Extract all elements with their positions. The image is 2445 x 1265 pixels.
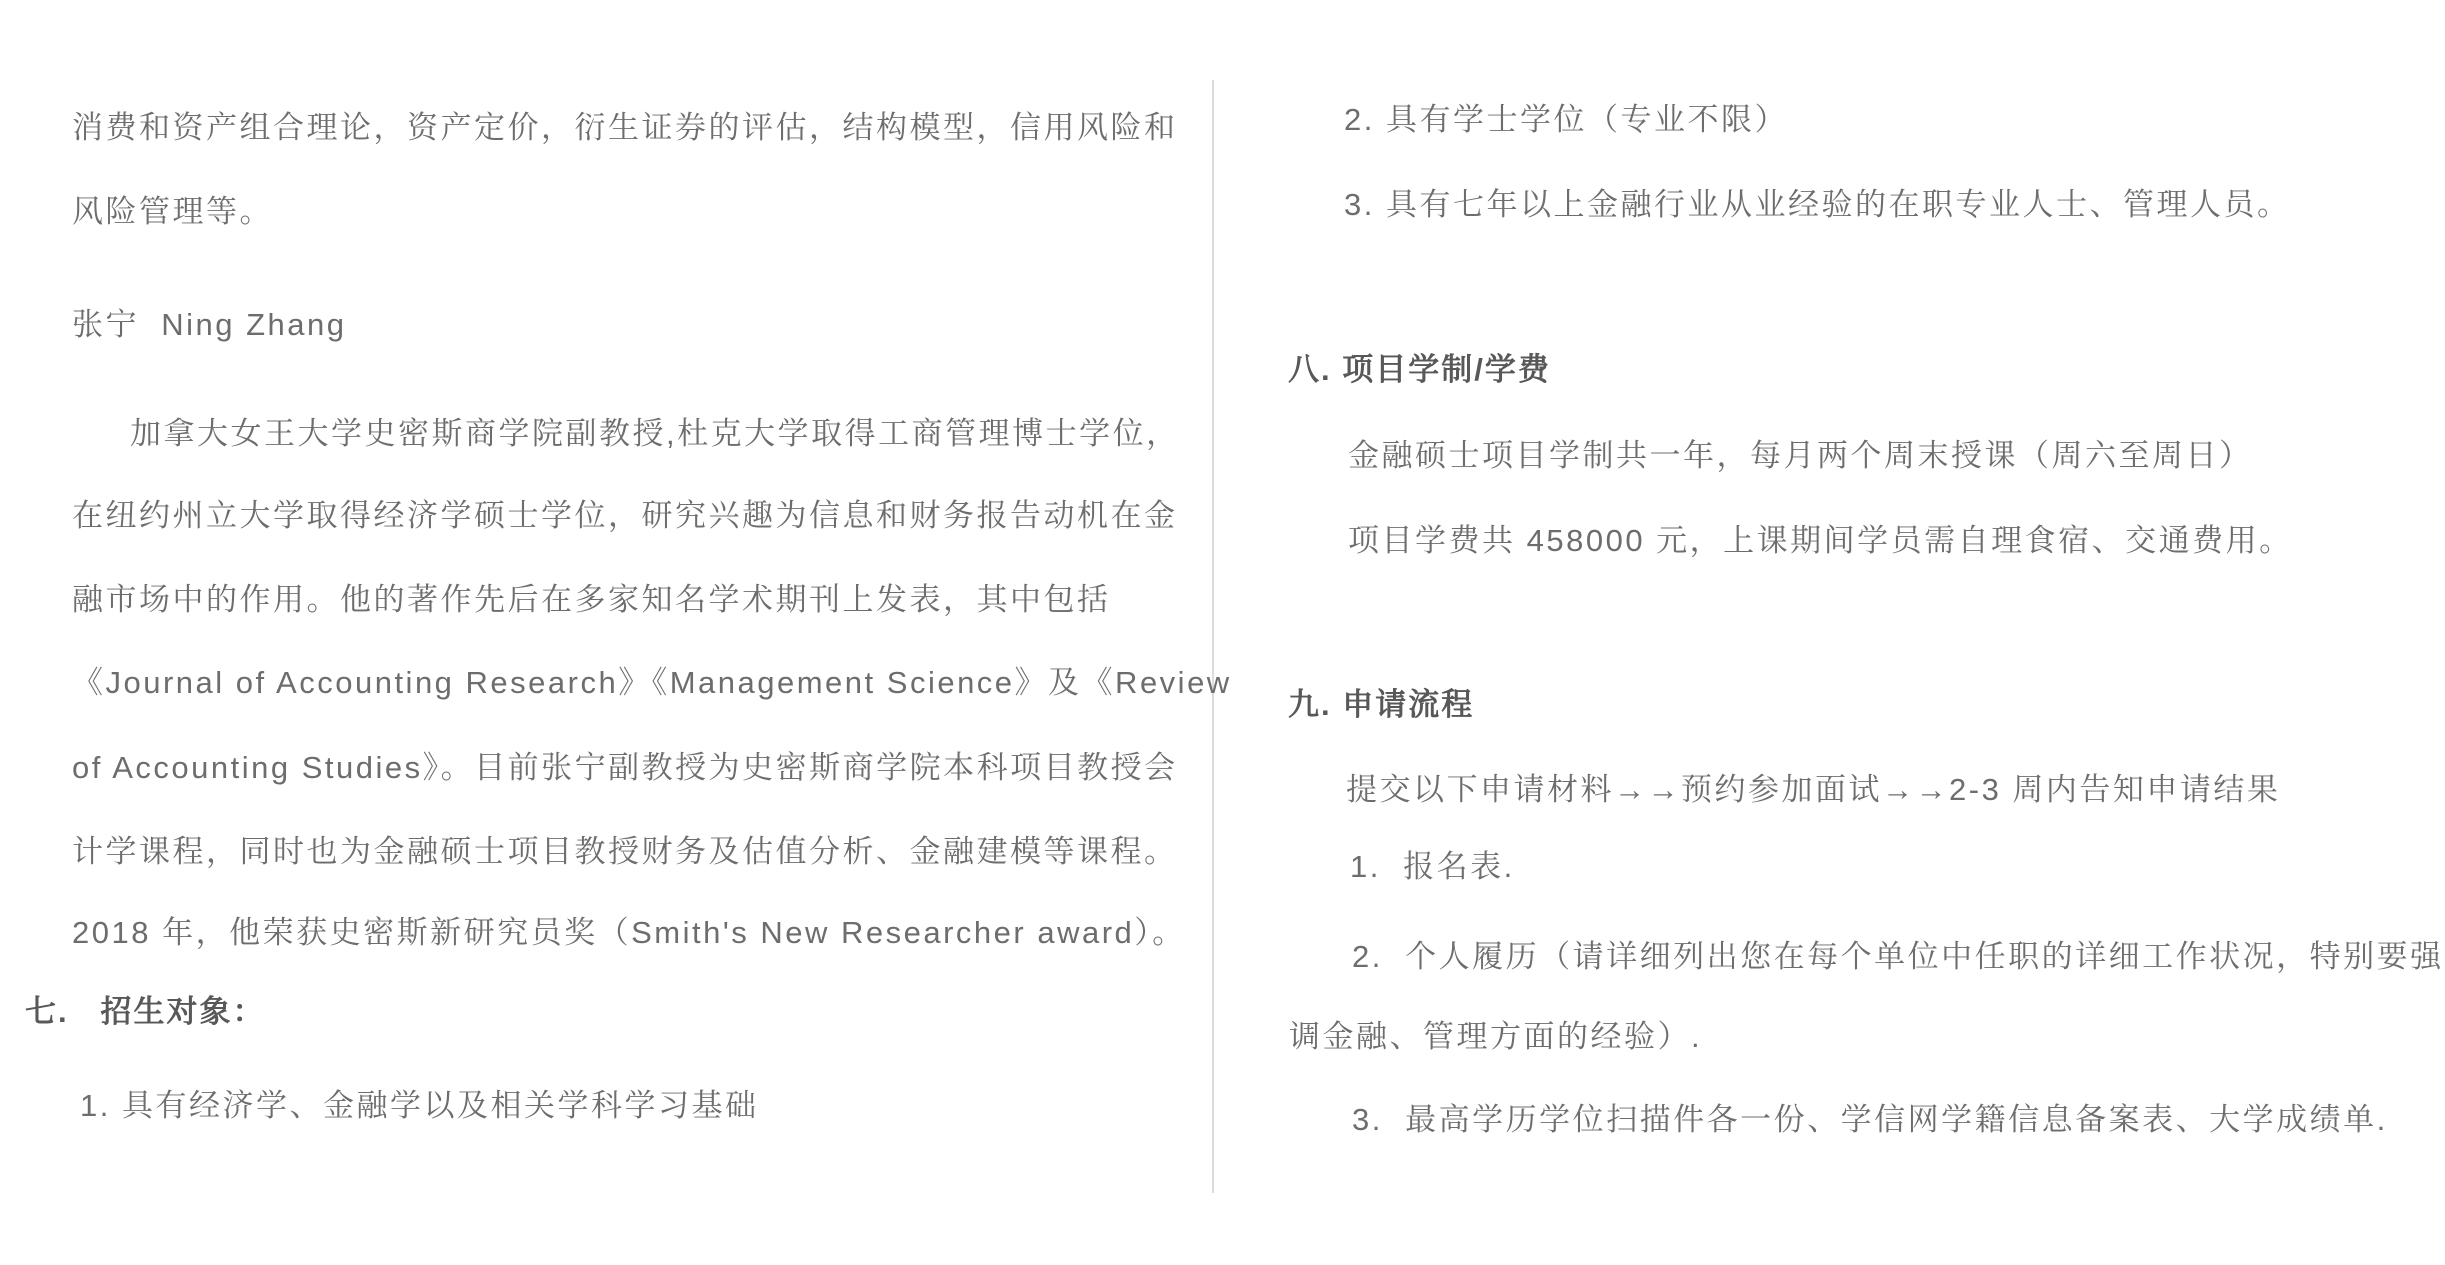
section7-item: 3. 具有七年以上金融行业从业经验的在职专业人士、管理人员。 xyxy=(1344,184,2290,226)
section9-item: 3. 最高学历学位扫描件各一份、学信网学籍信息备案表、大学成绩单. xyxy=(1352,1099,2388,1141)
section7-heading: 七. 招生对象： xyxy=(25,991,265,1033)
document-page: 消费和资产组合理论，资产定价，衍生证券的评估，结构模型，信用风险和 风险管理等。… xyxy=(0,0,2445,1265)
section7-item: 2. 具有学士学位（专业不限） xyxy=(1344,99,1788,141)
section8-line: 金融硕士项目学制共一年，每月两个周末授课（周六至周日） xyxy=(1348,435,2253,477)
professor-name: 张宁 Ning Zhang xyxy=(72,304,347,346)
section9-item-continuation: 调金融、管理方面的经验）. xyxy=(1289,1016,1702,1058)
section7-item: 1. 具有经济学、金融学以及相关学科学习基础 xyxy=(80,1085,758,1127)
section9-flow-line: 提交以下申请材料→→预约参加面试→→2-3 周内告知申请结果 xyxy=(1346,769,2280,811)
section9-heading: 九. 申请流程 xyxy=(1288,684,1474,726)
intro-line: 消费和资产组合理论，资产定价，衍生证券的评估，结构模型，信用风险和 xyxy=(72,107,1178,149)
bio-line: 加拿大女王大学史密斯商学院副教授,杜克大学取得工商管理博士学位， xyxy=(130,413,1180,455)
bio-line: 在纽约州立大学取得经济学硕士学位，研究兴趣为信息和财务报告动机在金 xyxy=(72,495,1178,537)
section9-item: 2. 个人履历（请详细列出您在每个单位中任职的详细工作状况，特别要强 xyxy=(1352,936,2444,978)
section9-item: 1. 报名表. xyxy=(1350,846,1515,888)
section8-line: 项目学费共 458000 元，上课期间学员需自理食宿、交通费用。 xyxy=(1348,520,2293,562)
intro-line: 风险管理等。 xyxy=(72,191,273,233)
section8-heading: 八. 项目学制/学费 xyxy=(1288,349,1551,391)
bio-line: 2018 年，他荣获史密斯新研究员奖（Smith's New Researche… xyxy=(72,912,1186,954)
bio-line: 计学课程，同时也为金融硕士项目教授财务及估值分析、金融建模等课程。 xyxy=(72,831,1178,873)
bio-line: of Accounting Studies》。目前张宁副教授为史密斯商学院本科项… xyxy=(72,747,1178,789)
column-divider xyxy=(1212,80,1214,1193)
bio-line: 融市场中的作用。他的著作先后在多家知名学术期刊上发表，其中包括 xyxy=(72,579,1111,621)
bio-line: 《Journal of Accounting Research》《Managem… xyxy=(72,662,1232,704)
